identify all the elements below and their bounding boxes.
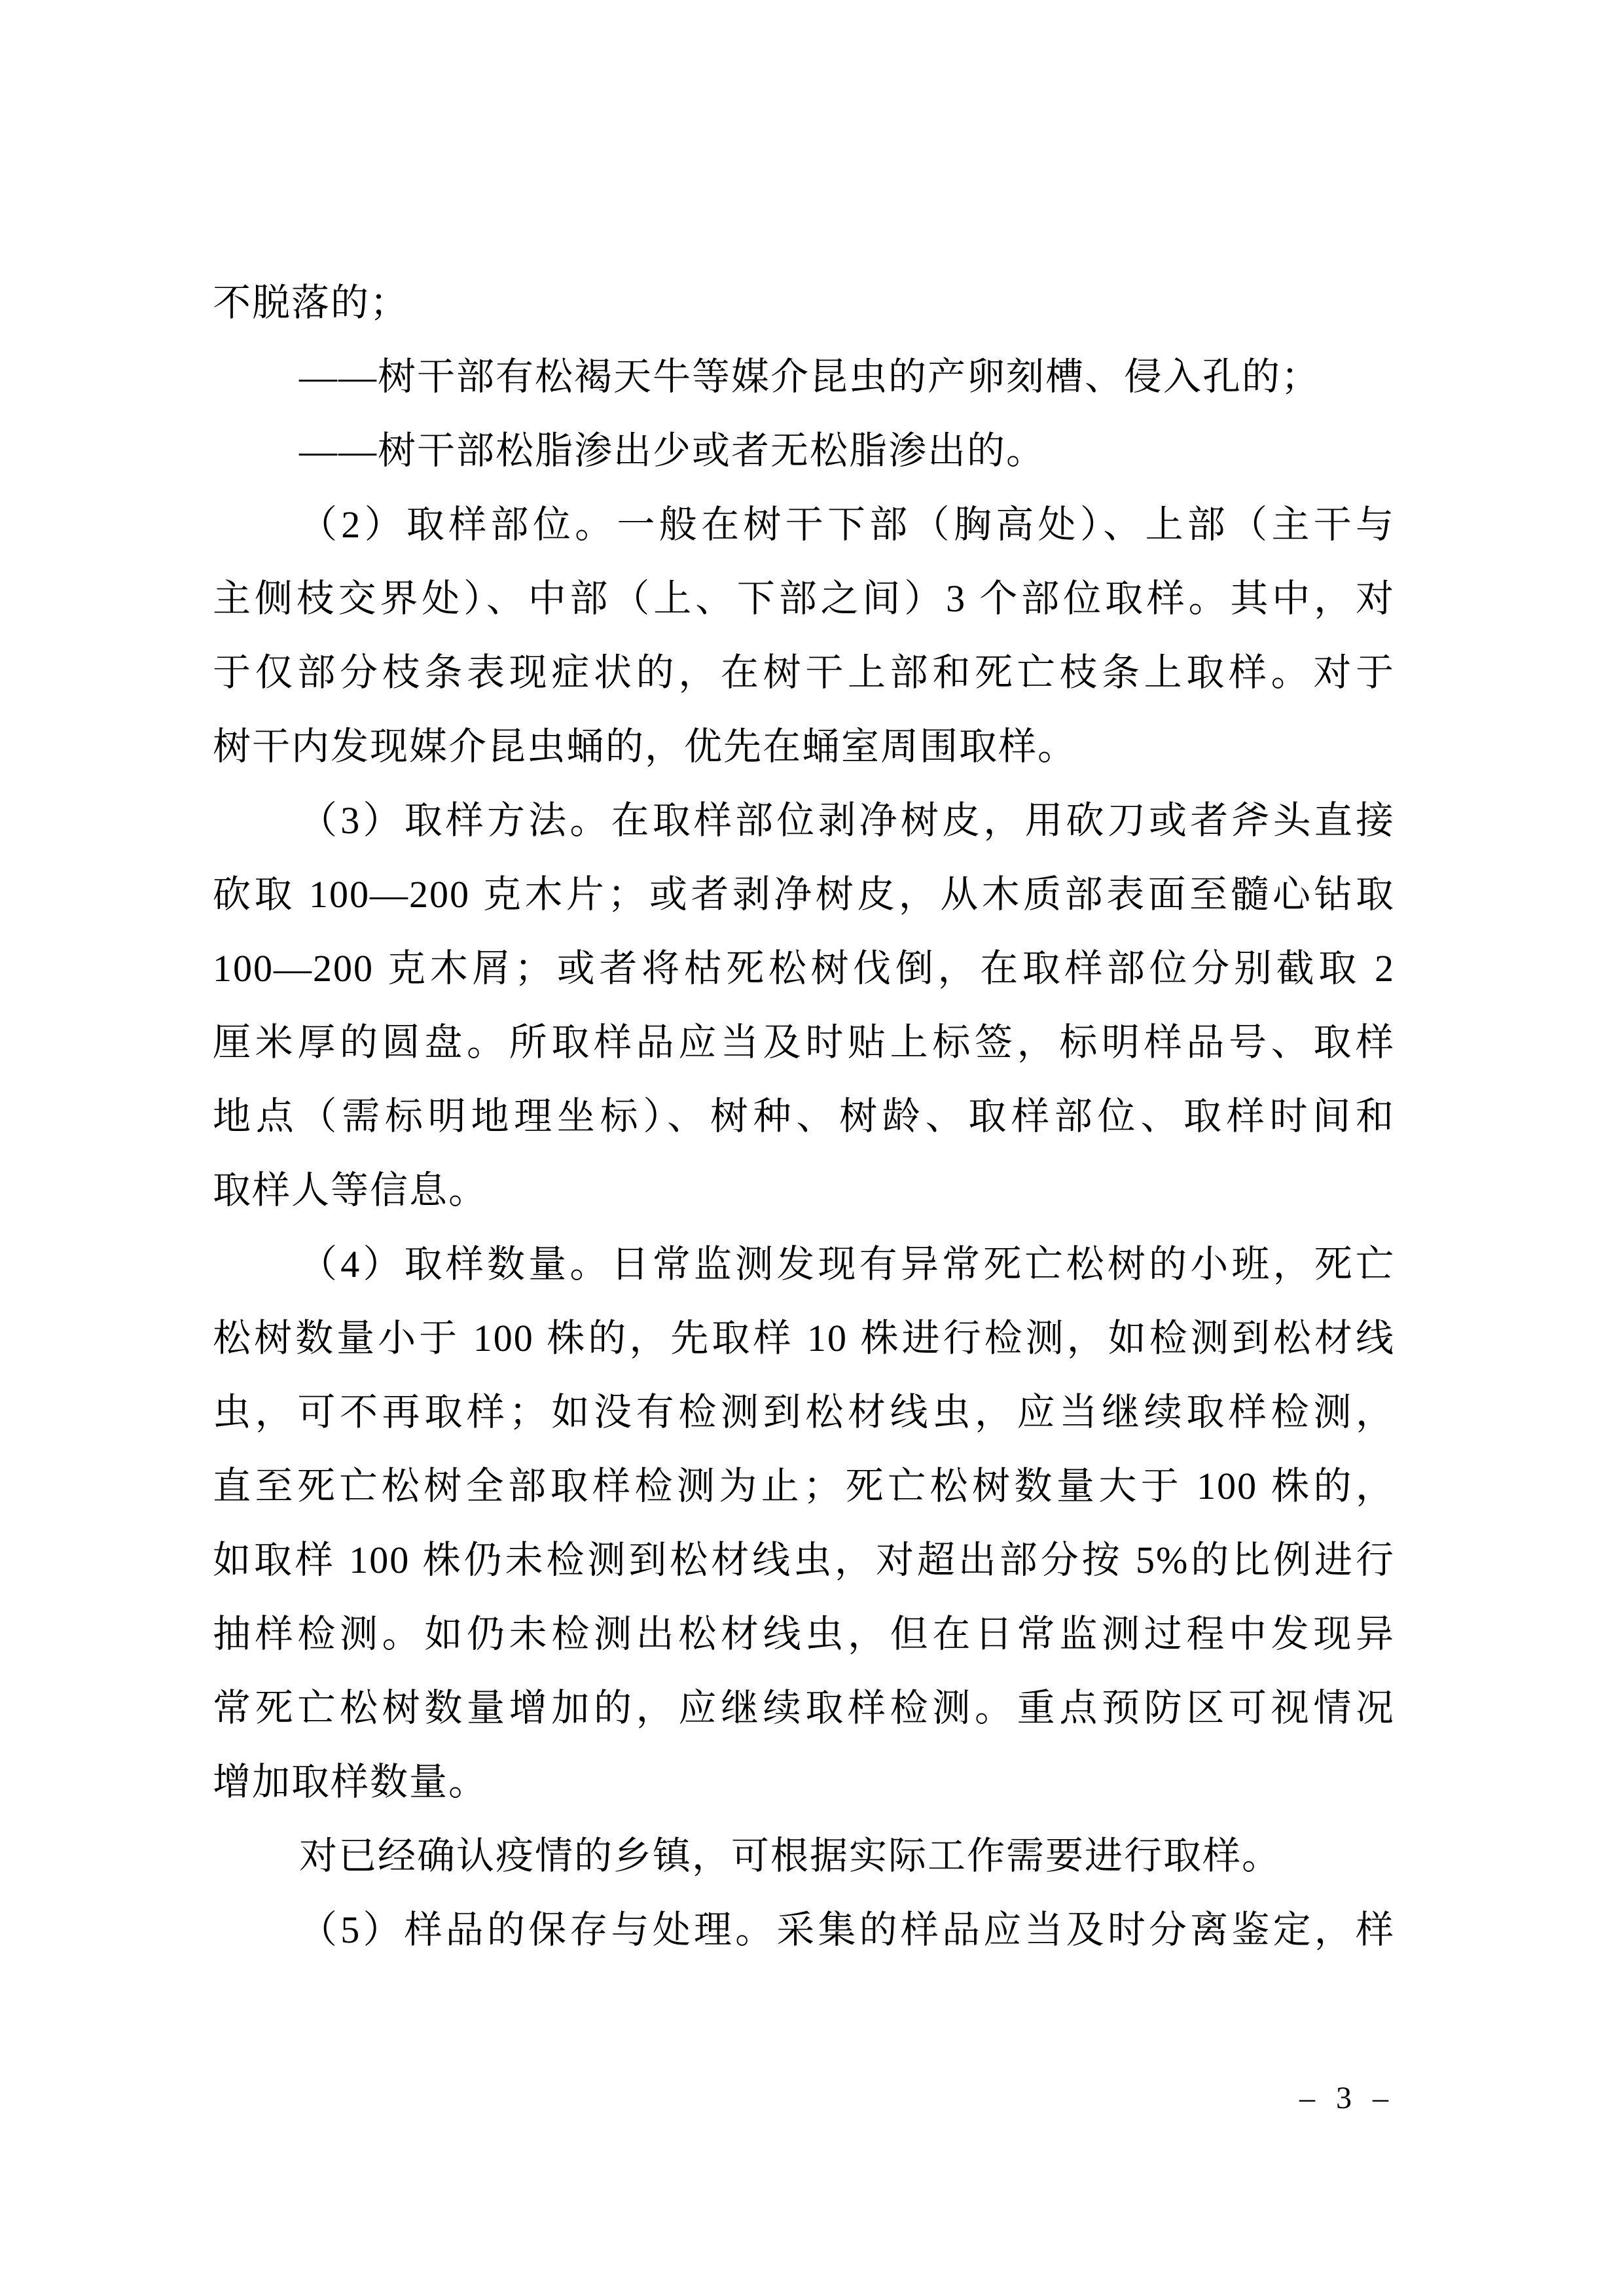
text-line: ——树干部有松褐天牛等媒介昆虫的产卵刻槽、侵入孔的； bbox=[213, 340, 1395, 414]
text-line: 对已经确认疫情的乡镇，可根据实际工作需要进行取样。 bbox=[213, 1819, 1395, 1893]
text-line: 砍取 100—200 克木片；或者剥净树皮，从木质部表面至髓心钻取 bbox=[213, 857, 1395, 931]
page-number: – 3 – bbox=[1299, 2080, 1395, 2117]
text-line: 100—200 克木屑；或者将枯死松树伐倒，在取样部位分别截取 2 bbox=[213, 931, 1395, 1005]
page-body: 不脱落的；——树干部有松褐天牛等媒介昆虫的产卵刻槽、侵入孔的；——树干部松脂渗出… bbox=[213, 266, 1395, 1967]
text-line: 如取样 100 株仍未检测到松材线虫，对超出部分按 5%的比例进行 bbox=[213, 1523, 1395, 1597]
text-line: （4）取样数量。日常监测发现有异常死亡松树的小班，死亡 bbox=[213, 1227, 1395, 1301]
text-line: （5）样品的保存与处理。采集的样品应当及时分离鉴定，样 bbox=[213, 1893, 1395, 1967]
text-line: 增加取样数量。 bbox=[213, 1745, 1395, 1819]
text-line: 主侧枝交界处）、中部（上、下部之间）3 个部位取样。其中，对 bbox=[213, 562, 1395, 636]
text-line: 虫，可不再取样；如没有检测到松材线虫，应当继续取样检测， bbox=[213, 1375, 1395, 1449]
text-line: （2）取样部位。一般在树干下部（胸高处）、上部（主干与 bbox=[213, 488, 1395, 562]
text-line: 常死亡松树数量增加的，应继续取样检测。重点预防区可视情况 bbox=[213, 1671, 1395, 1745]
text-line: 抽样检测。如仍未检测出松材线虫，但在日常监测过程中发现异 bbox=[213, 1597, 1395, 1671]
text-line: 直至死亡松树全部取样检测为止；死亡松树数量大于 100 株的， bbox=[213, 1449, 1395, 1523]
document-page: 不脱落的；——树干部有松褐天牛等媒介昆虫的产卵刻槽、侵入孔的；——树干部松脂渗出… bbox=[0, 0, 1624, 2296]
text-line: 地点（需标明地理坐标）、树种、树龄、取样部位、取样时间和 bbox=[213, 1079, 1395, 1153]
text-line: ——树干部松脂渗出少或者无松脂渗出的。 bbox=[213, 414, 1395, 488]
text-line: 于仅部分枝条表现症状的，在树干上部和死亡枝条上取样。对于 bbox=[213, 636, 1395, 709]
text-line: 取样人等信息。 bbox=[213, 1153, 1395, 1227]
text-line: （3）取样方法。在取样部位剥净树皮，用砍刀或者斧头直接 bbox=[213, 783, 1395, 857]
text-line: 厘米厚的圆盘。所取样品应当及时贴上标签，标明样品号、取样 bbox=[213, 1005, 1395, 1079]
text-line: 不脱落的； bbox=[213, 266, 1395, 340]
text-line: 松树数量小于 100 株的，先取样 10 株进行检测，如检测到松材线 bbox=[213, 1301, 1395, 1375]
text-line: 树干内发现媒介昆虫蛹的，优先在蛹室周围取样。 bbox=[213, 709, 1395, 783]
